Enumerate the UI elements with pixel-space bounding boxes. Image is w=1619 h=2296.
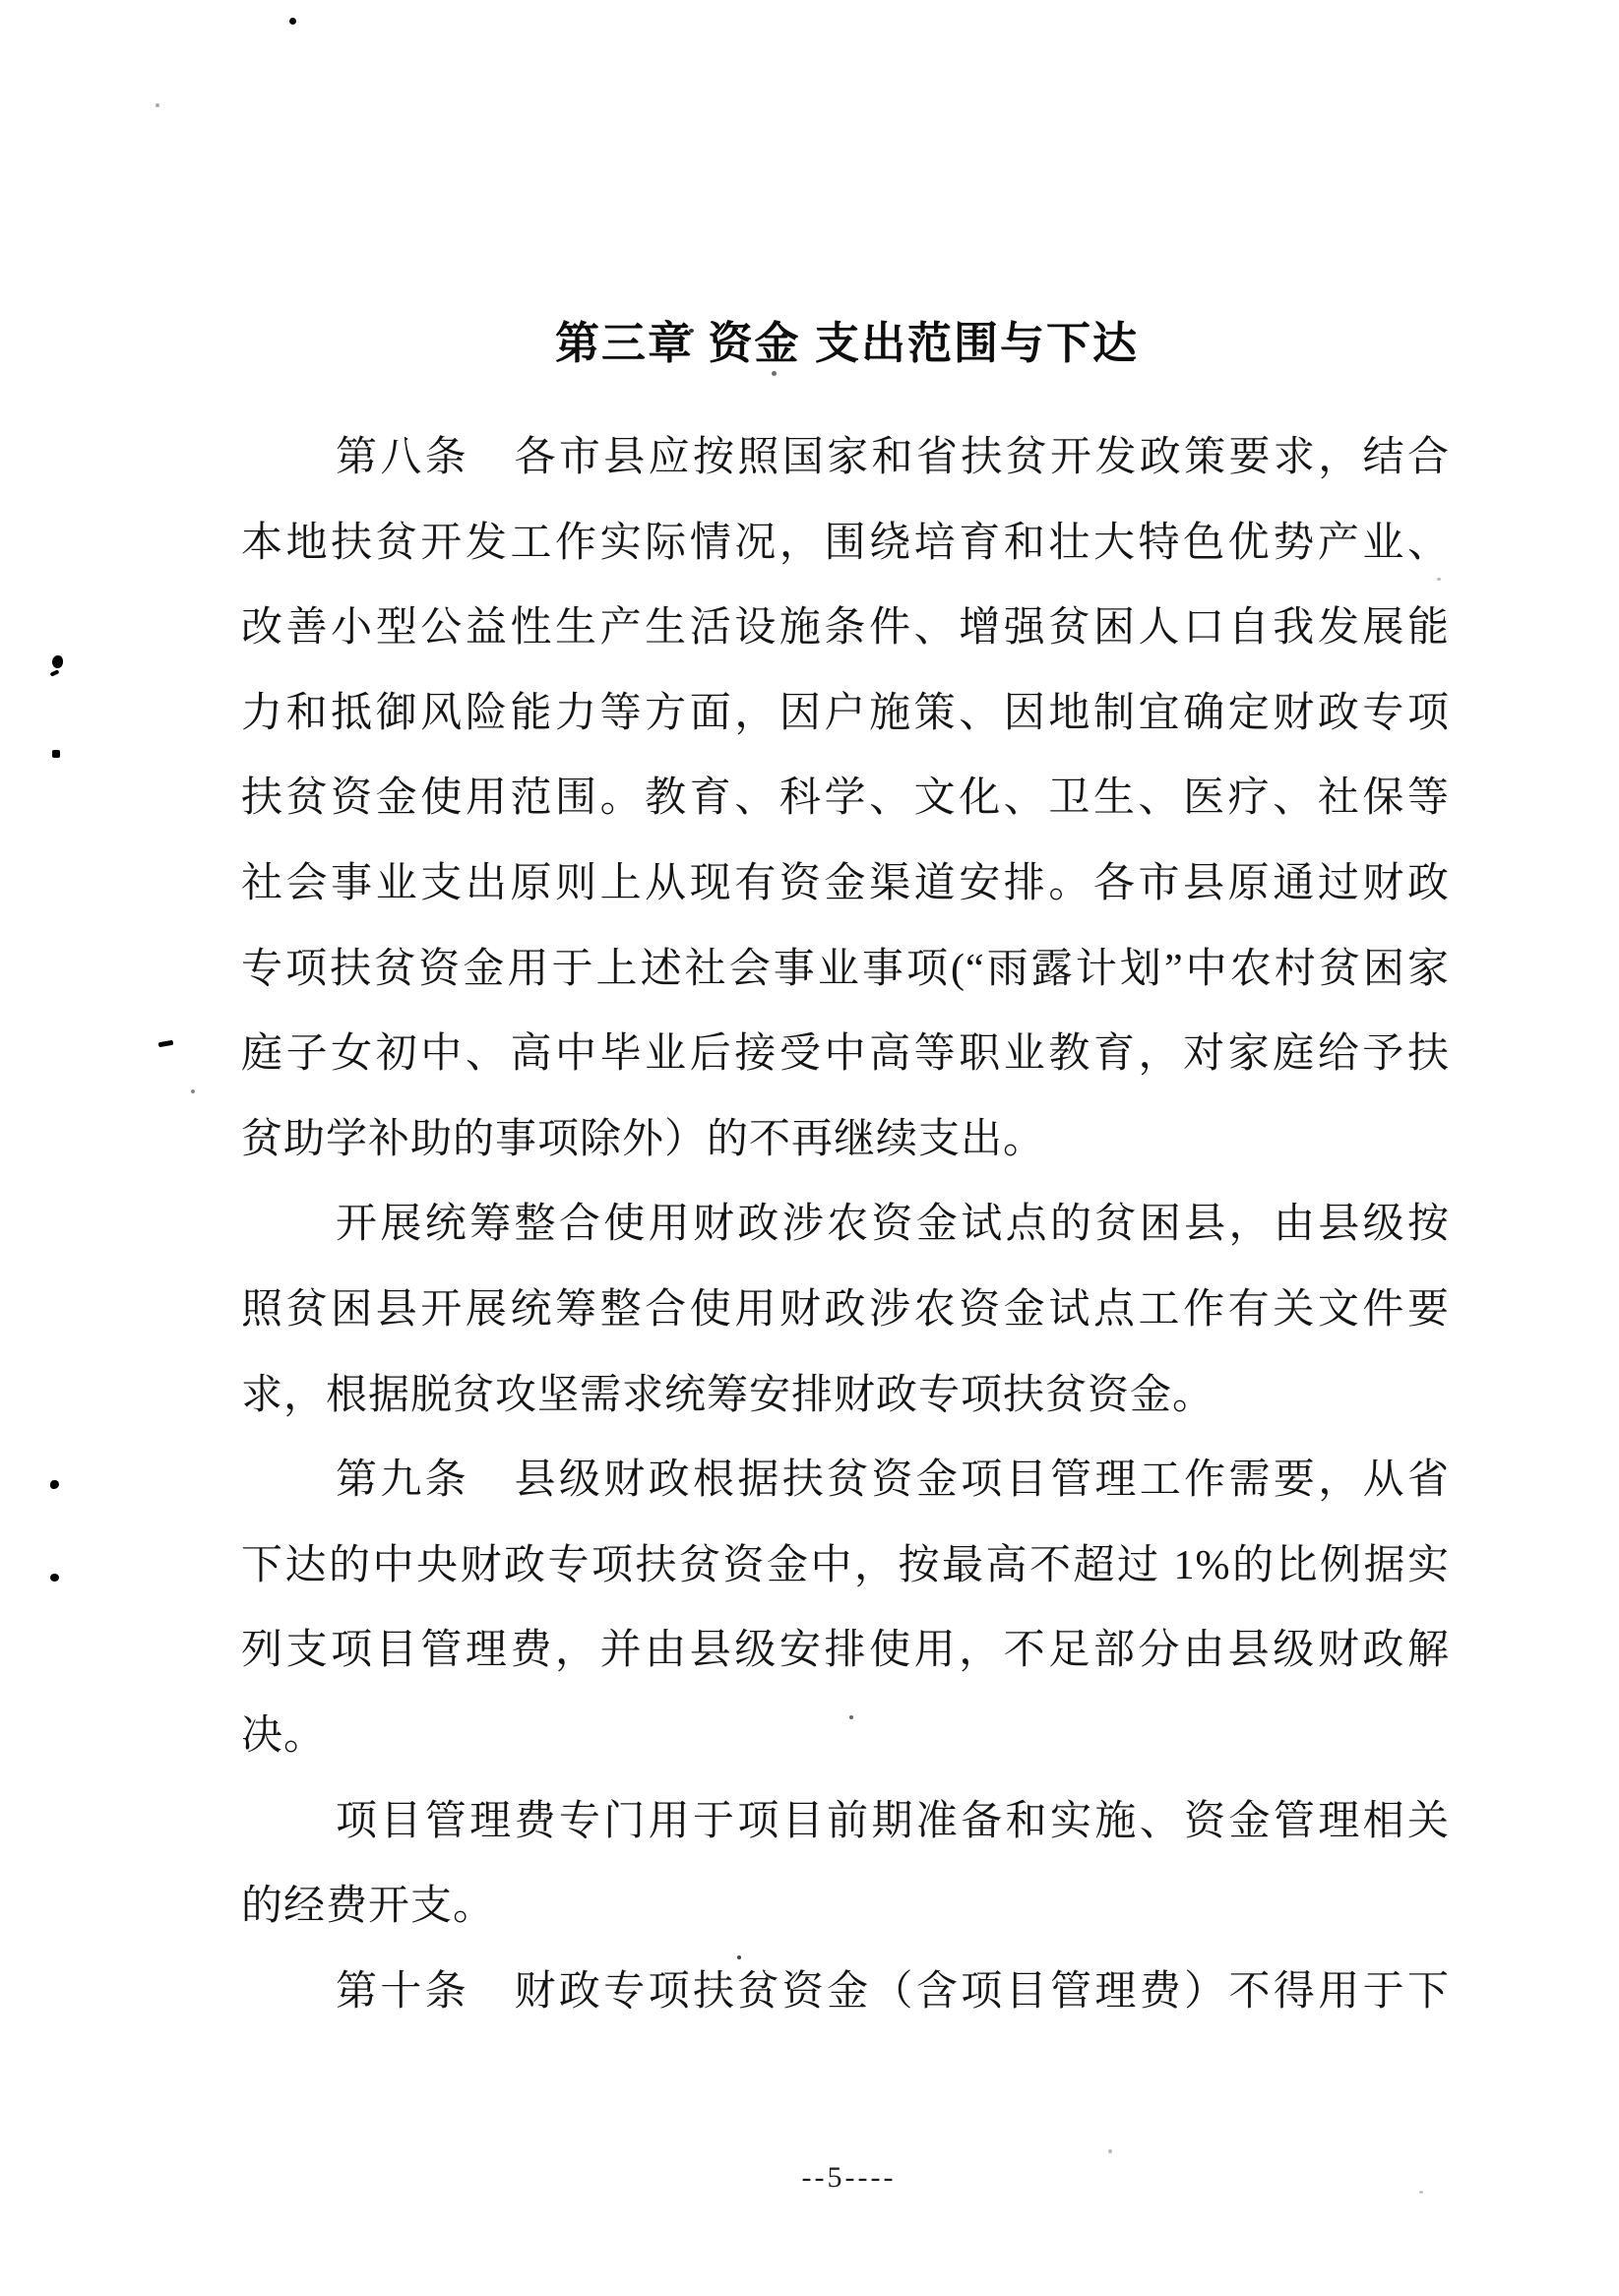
text-line: 力和抵御风险能力等方面，因户施策、因地制宜确定财政专项: [241, 689, 1450, 775]
text-line: 列支项目管理费，并由县级安排使用，不足部分由县级财政解: [241, 1626, 1450, 1711]
ink-speck: [737, 1955, 741, 1959]
ink-speck: [156, 103, 159, 107]
ink-speck: [1108, 2149, 1112, 2153]
text-line: 第十条 财政专项扶贫资金（含项目管理费）不得用于下: [241, 1967, 1450, 2053]
text-line: 的经费开支。: [241, 1882, 1450, 1967]
ink-speck: [689, 329, 694, 333]
ink-speck: [52, 655, 63, 668]
text-line: 贫助学补助的事项除外）的不再继续支出。: [241, 1115, 1450, 1201]
ink-speck: [289, 18, 296, 25]
text-line: 专项扶贫资金用于上述社会事业事项(“雨露计划”中农村贫困家: [241, 945, 1450, 1030]
text-line: 庭子女初中、高中毕业后接受中高等职业教育，对家庭给予扶: [241, 1029, 1450, 1115]
ink-speck: [50, 1480, 59, 1489]
text-line: 项目管理费专门用于项目前期准备和实施、资金管理相关: [241, 1797, 1450, 1883]
page-number: --5----: [0, 2161, 1619, 2195]
text-line: 社会事业支出原则上从现有资金渠道安排。各市县原通过财政: [241, 859, 1450, 945]
ink-speck: [50, 669, 60, 676]
ink-speck: [191, 1089, 195, 1093]
text-line: 第八条 各市县应按照国家和省扶贫开发政策要求，结合: [241, 433, 1450, 519]
text-line: 本地扶贫开发工作实际情况，围绕培育和壮大特色优势产业、: [241, 519, 1450, 604]
ink-speck: [1419, 2191, 1423, 2194]
ink-speck: [52, 750, 60, 758]
text-line: 扶贫资金使用范围。教育、科学、文化、卫生、医疗、社保等: [241, 774, 1450, 859]
text-line: 开展统筹整合使用财政涉农资金试点的贫困县，由县级按: [241, 1200, 1450, 1285]
text-line: 第九条 县级财政根据扶贫资金项目管理工作需要，从省: [241, 1456, 1450, 1541]
text-line: 决。: [241, 1711, 1450, 1797]
ink-speck: [158, 1040, 174, 1048]
text-line: 下达的中央财政专项扶贫资金中，按最高不超过 1%的比例据实: [241, 1541, 1450, 1627]
ink-speck: [1437, 578, 1441, 581]
ink-speck: [772, 371, 777, 376]
text-line: 照贫困县开展统筹整合使用财政涉农资金试点工作有关文件要: [241, 1285, 1450, 1371]
ink-speck: [849, 1715, 853, 1719]
document-page: 第三章 资金 支出范围与下达 第八条 各市县应按照国家和省扶贫开发政策要求，结合…: [0, 0, 1619, 2296]
chapter-title: 第三章 资金 支出范围与下达: [0, 307, 1619, 371]
text-line: 求，根据脱贫攻坚需求统筹安排财政专项扶贫资金。: [241, 1371, 1450, 1457]
text-line: 改善小型公益性生产生活设施条件、增强贫困人口自我发展能: [241, 603, 1450, 689]
body-text: 第八条 各市县应按照国家和省扶贫开发政策要求，结合本地扶贫开发工作实际情况，围绕…: [241, 433, 1450, 2052]
ink-speck: [50, 1574, 59, 1582]
